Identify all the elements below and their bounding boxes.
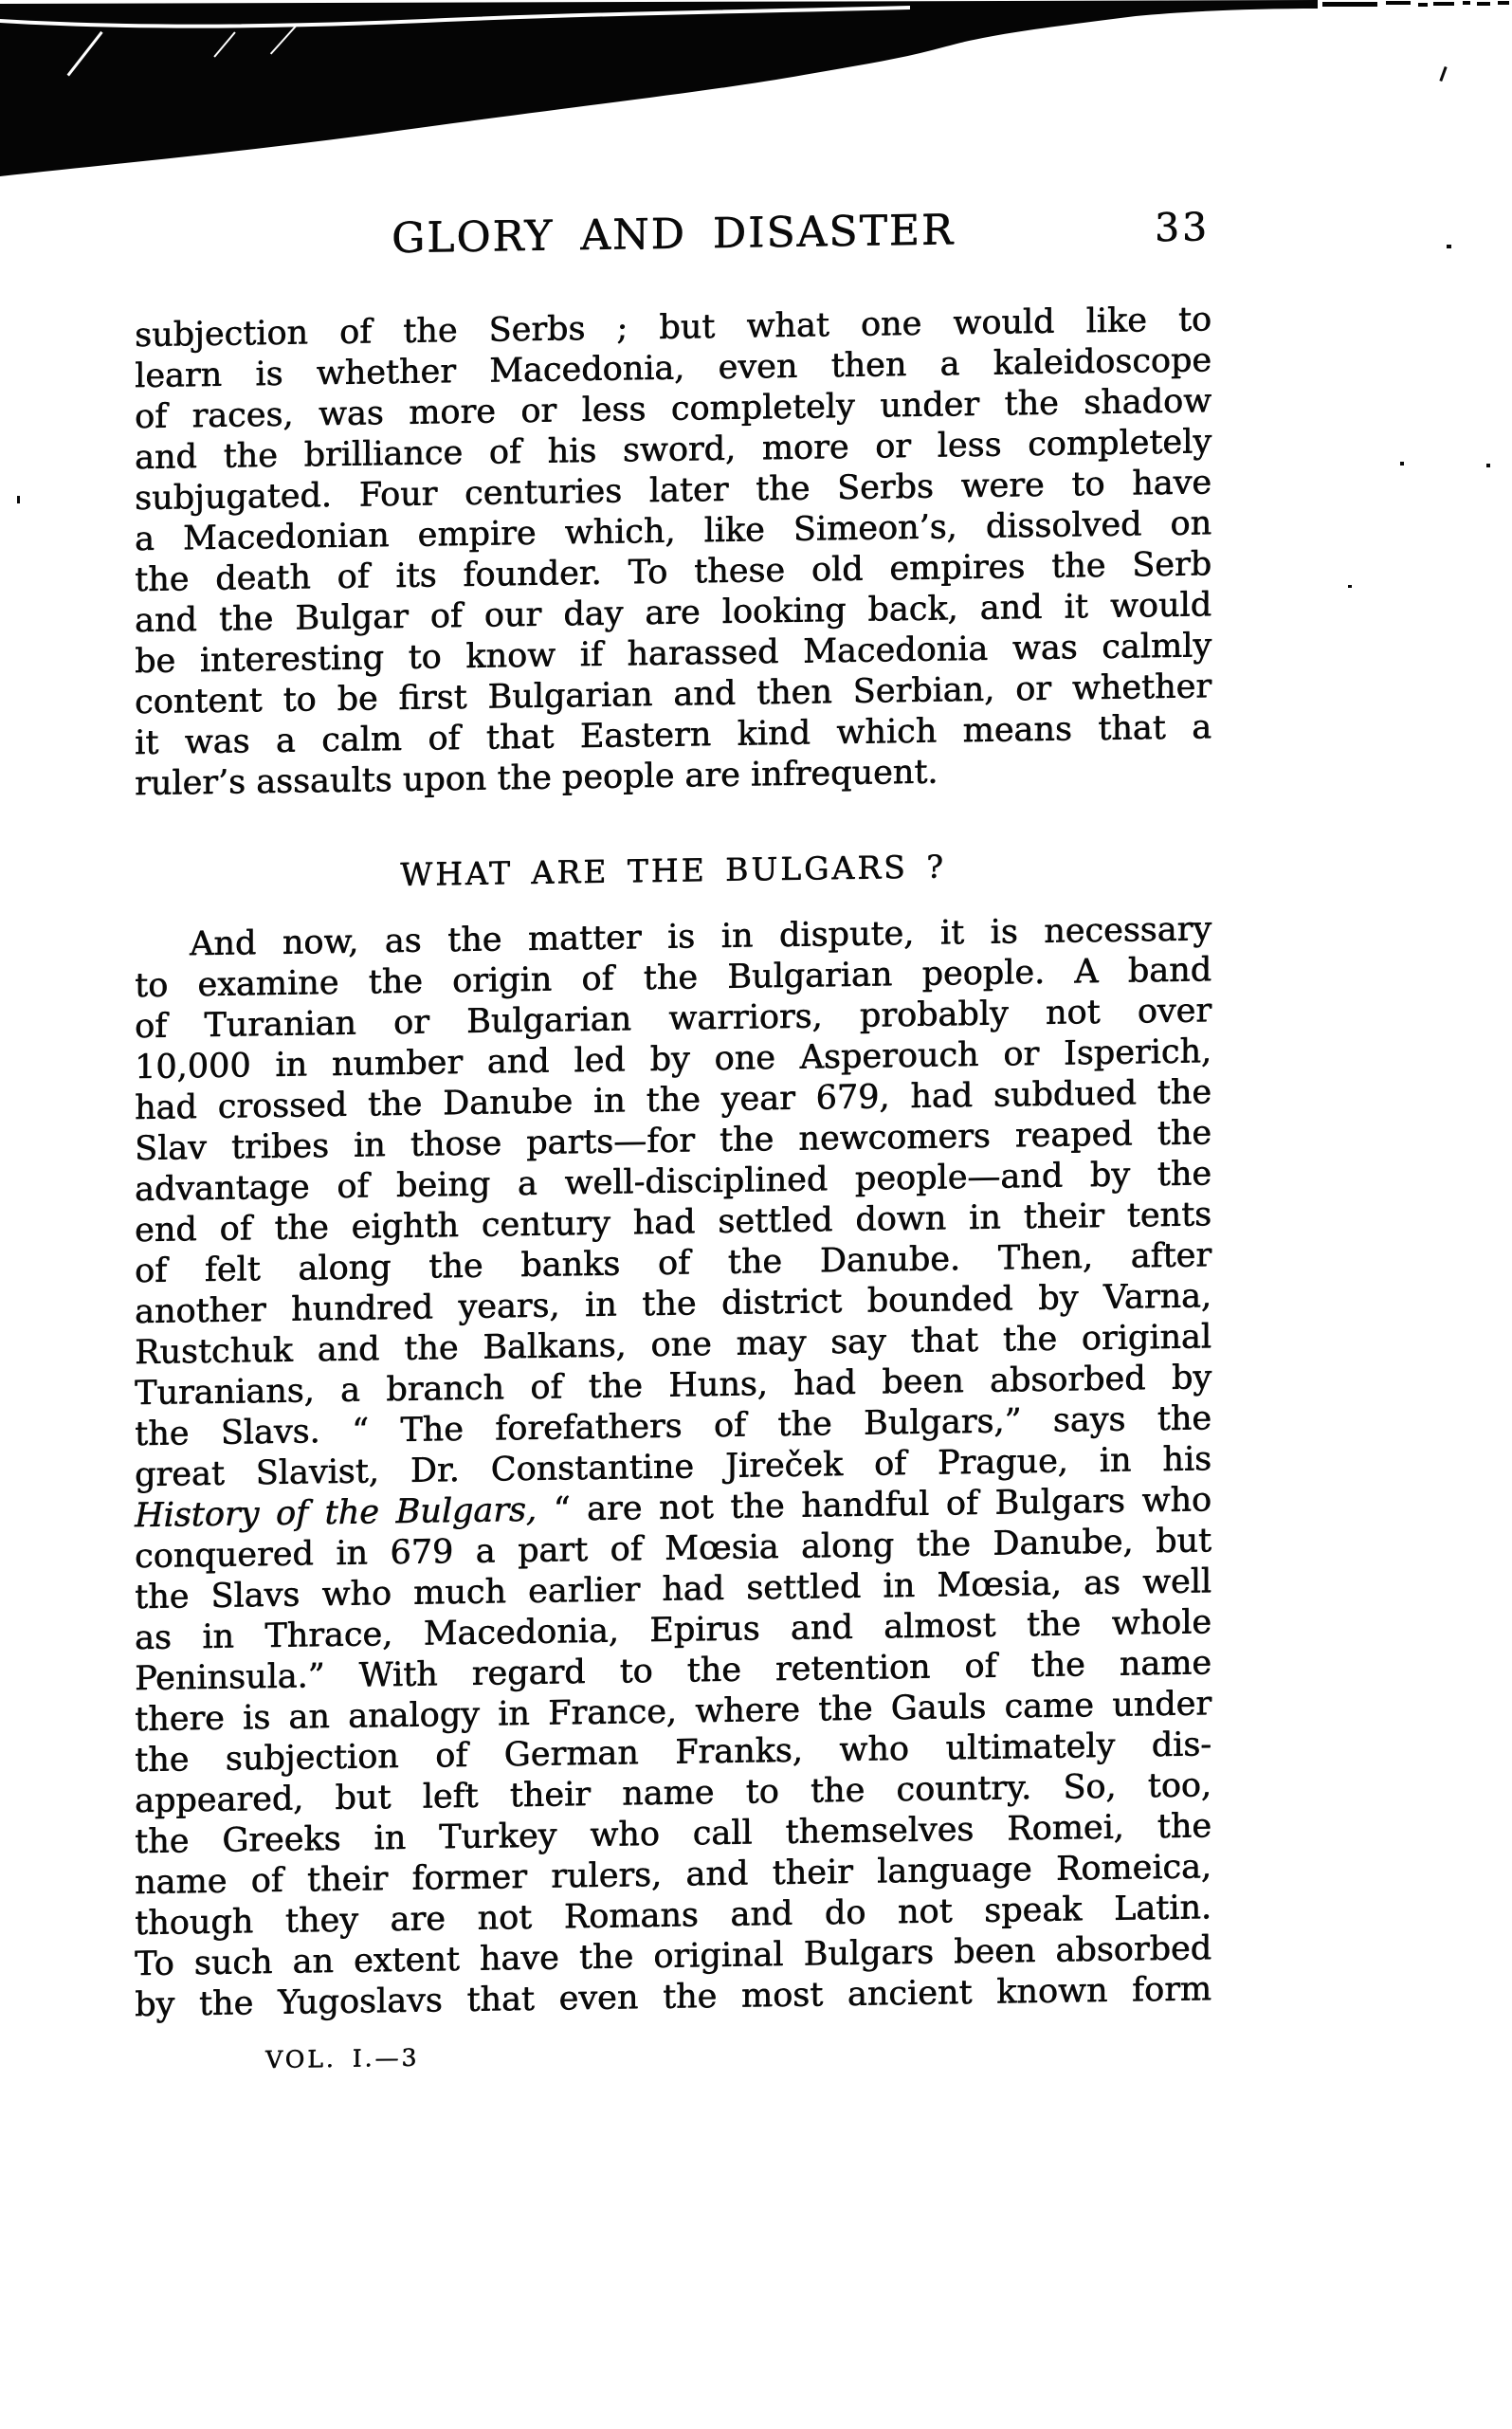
scan-speck [1486, 464, 1490, 467]
book-page: GLORY AND DISASTER 33 subjection of the … [135, 0, 1211, 2079]
scan-speck [1400, 462, 1404, 466]
running-head: GLORY AND DISASTER 33 [135, 202, 1211, 271]
paragraph-bulgars: And now, as the matter is in dispute, it… [135, 909, 1211, 2026]
page-title: GLORY AND DISASTER [392, 206, 955, 264]
scan-speck [1348, 585, 1352, 588]
book-title-italic: History of the Bulgars, [135, 1491, 537, 1535]
volume-signature: VOL. I.—3 [135, 2029, 1211, 2079]
scan-speck [1447, 245, 1451, 248]
page-number: 33 [1155, 204, 1210, 250]
justified-lines: conquered in 679 a part of Mœsia along t… [135, 1521, 1211, 2026]
paragraph-continuation: subjection of the Serbs ; but what one w… [135, 300, 1211, 805]
section-heading: WHAT ARE THE BULGARS ? [135, 842, 1211, 900]
justified-lines: subjection of the Serbs ; but what one w… [135, 300, 1211, 764]
justified-lines: And now, as the matter is in dispute, it… [135, 909, 1211, 1496]
scan-speck [17, 496, 20, 503]
